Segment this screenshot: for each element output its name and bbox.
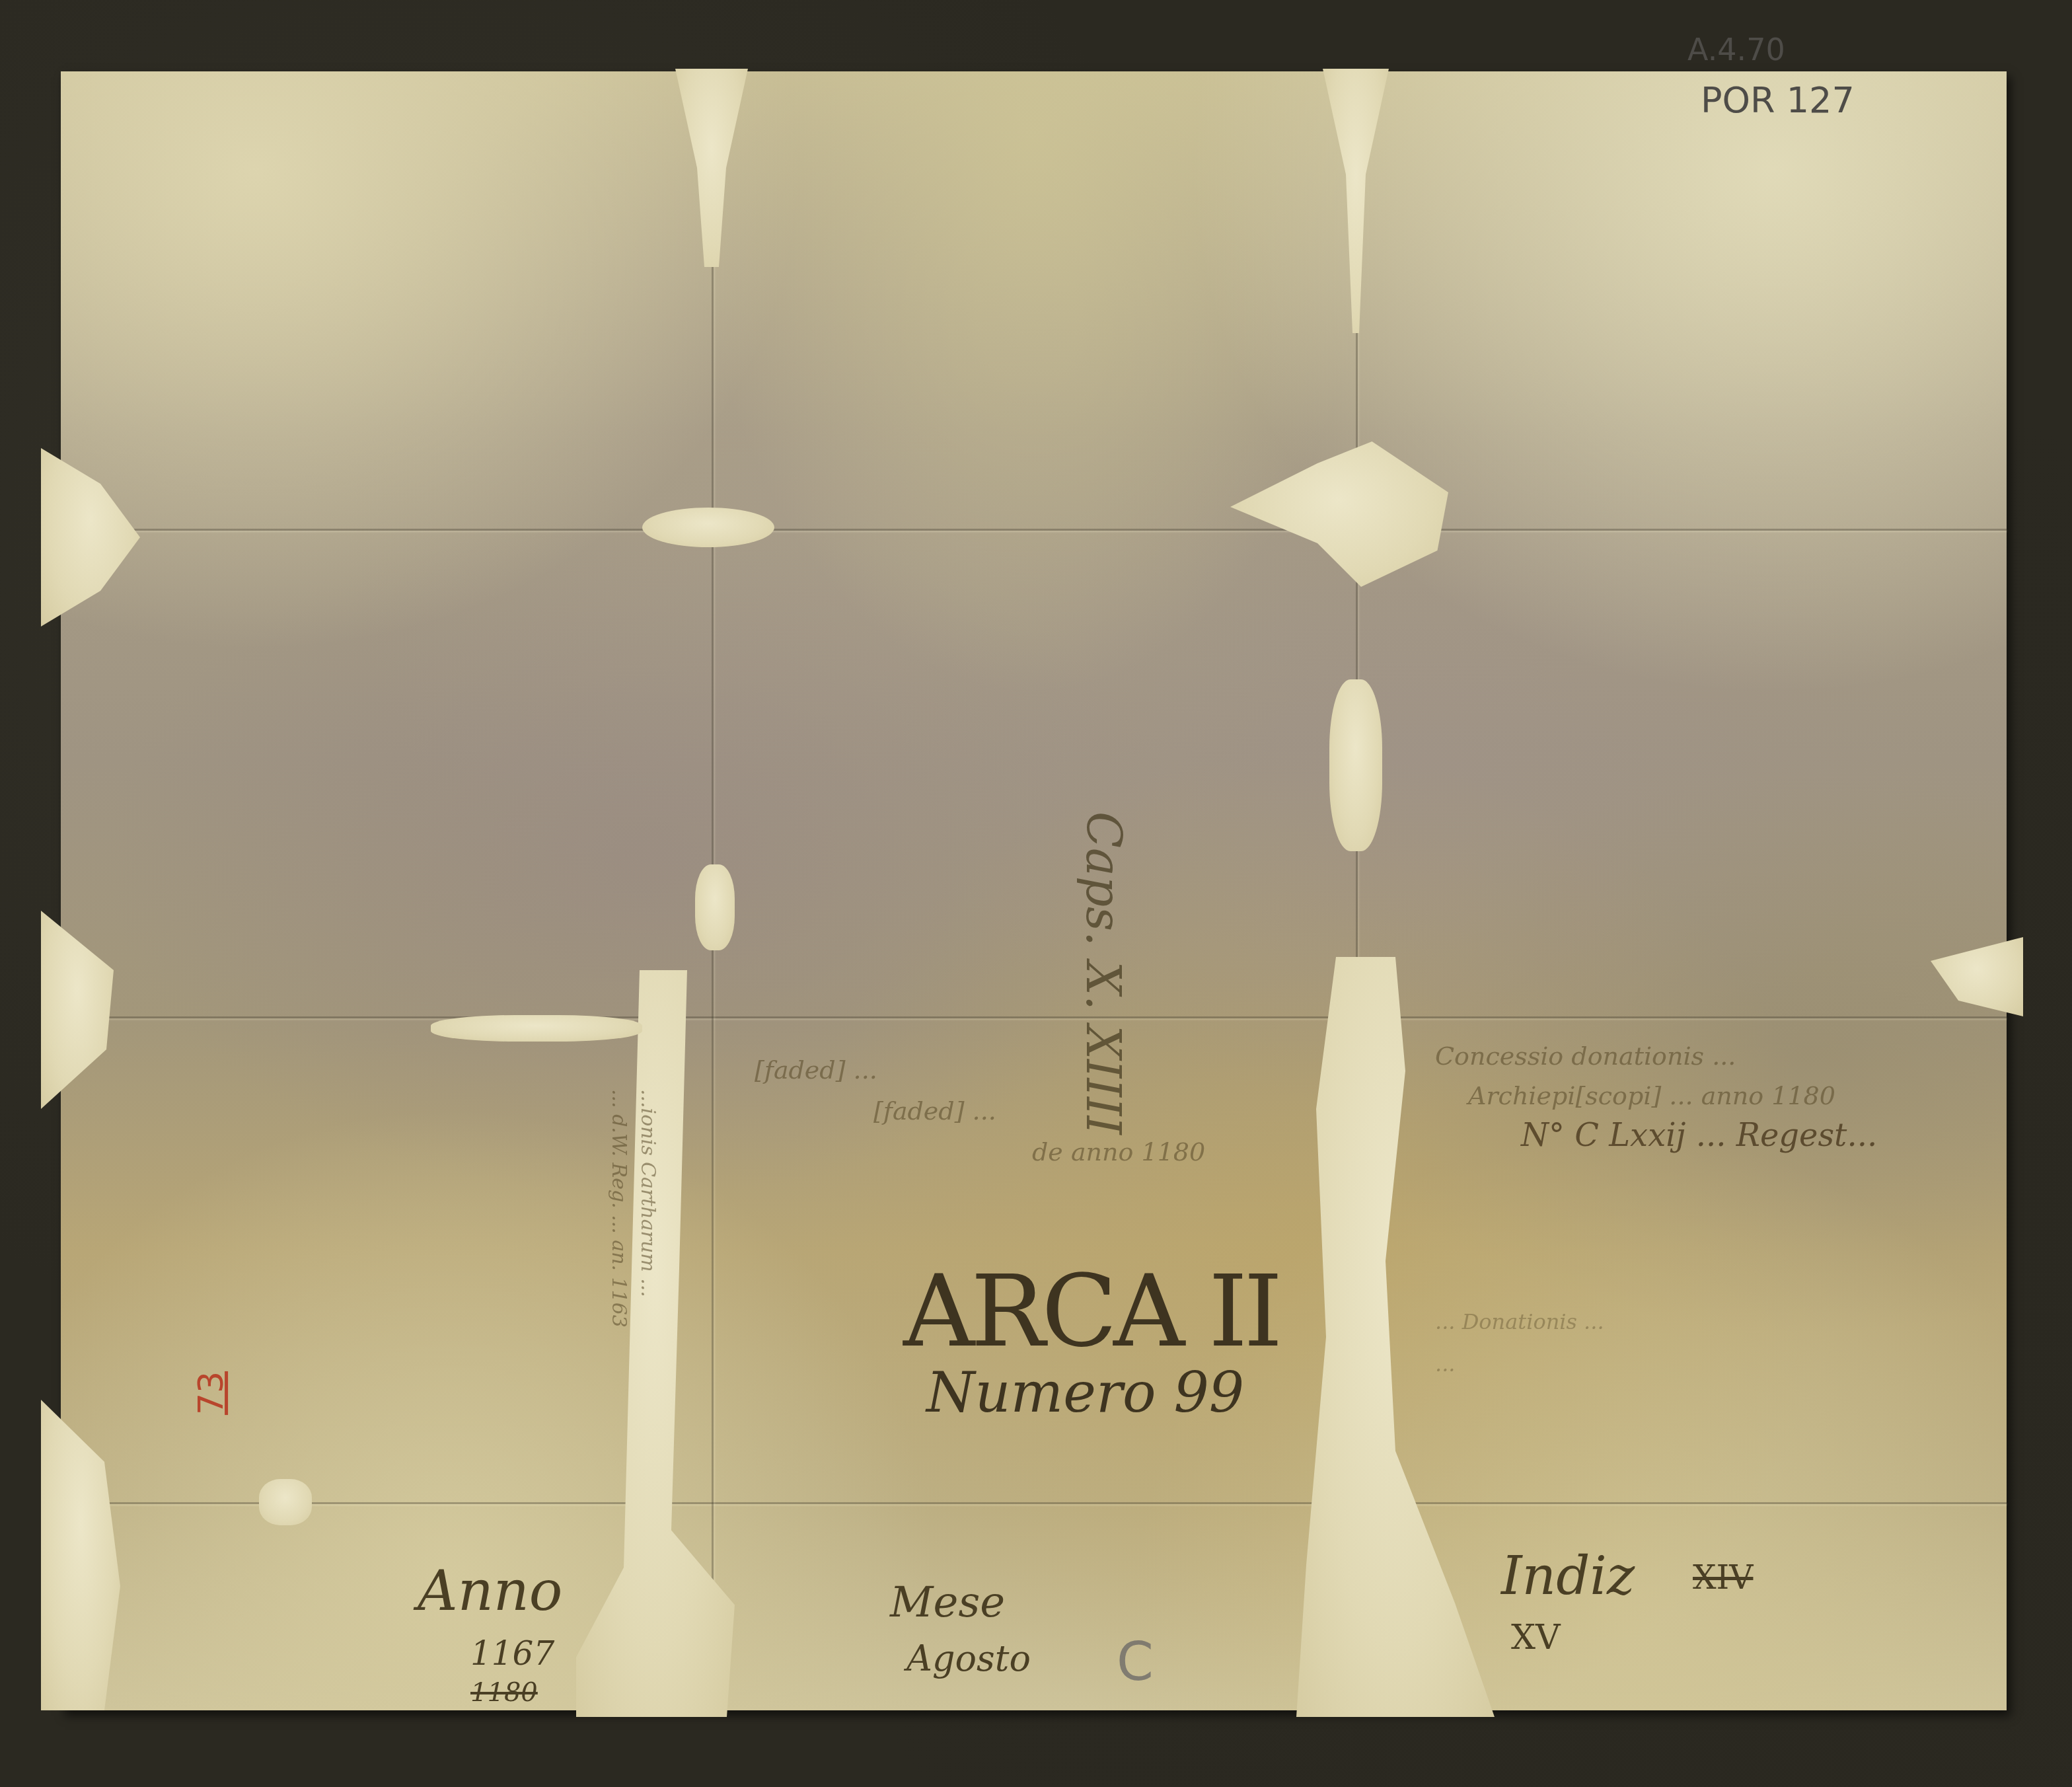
repair-patch-edge (1931, 937, 2023, 1016)
repair-patch (431, 1015, 642, 1042)
note-line: [faded] ... (755, 1090, 1205, 1131)
arca-number: Numero 99 (926, 1360, 1244, 1425)
repair-patch-long (576, 970, 735, 1717)
right-lower-note-block: ... Donationis ... ... (1435, 1301, 1604, 1385)
center-note-block: [faded] ... [faded] ... de anno 1180 (755, 1049, 1205, 1172)
indiz-struck: XIV (1693, 1558, 1753, 1597)
repair-patch (695, 864, 735, 950)
red-archival-mark: 73 (192, 1371, 231, 1415)
repair-patch-edge (41, 911, 114, 1109)
note-line: [faded] ... (755, 1049, 1205, 1090)
note-line: de anno 1180 (755, 1131, 1205, 1172)
pencil-mark: C (1117, 1631, 1154, 1692)
anno-label: Anno (418, 1558, 562, 1623)
indiz-label: Indiz (1501, 1545, 1635, 1607)
repair-patch-edge (41, 1400, 120, 1710)
parchment-sheet: A.4.70 POR 127 Caps. X. XIIII ...ionis C… (61, 71, 2007, 1710)
fold-line-horizontal-3 (61, 1502, 2007, 1504)
arca-title: ARCA II (903, 1254, 1279, 1369)
repair-patch (675, 69, 748, 267)
fold-line-horizontal-2 (61, 1016, 2007, 1018)
repair-patch-edge (41, 448, 140, 627)
note-line: ...ionis Cartharum ... (633, 1089, 662, 1328)
left-vertical-note: ...ionis Cartharum ... ... d.W. Reg. ...… (604, 1089, 662, 1328)
fold-line-horizontal-1 (61, 529, 2007, 531)
anno-correction: 1180 (470, 1677, 538, 1708)
indiz-value: XV (1511, 1618, 1561, 1657)
repair-patch-diamond (1230, 441, 1448, 587)
shelfmark-line-1: A.4.70 (1687, 32, 1785, 67)
repair-patch (1329, 679, 1382, 851)
note-line: ... (1435, 1343, 1604, 1385)
note-line: ... Donationis ... (1435, 1301, 1604, 1343)
mese-value: Agosto (906, 1638, 1031, 1679)
repair-patch (259, 1479, 312, 1525)
note-line: Concessio donationis ... (1435, 1036, 1877, 1076)
mese-label: Mese (890, 1578, 1005, 1627)
repair-patch (642, 508, 774, 547)
anno-value: 1167 (470, 1634, 554, 1673)
note-line: ... d.W. Reg. ... an. 1163 (604, 1089, 633, 1328)
note-line: Archiepi[scopi] ... anno 1180 (1435, 1076, 1877, 1116)
repair-patch (1323, 69, 1389, 333)
right-note-block: Concessio donationis ... Archiepi[scopi]… (1435, 1036, 1877, 1155)
note-line: N° C Lxxij ... Regest... (1435, 1116, 1877, 1155)
shelfmark-line-2: POR 127 (1701, 79, 1855, 121)
